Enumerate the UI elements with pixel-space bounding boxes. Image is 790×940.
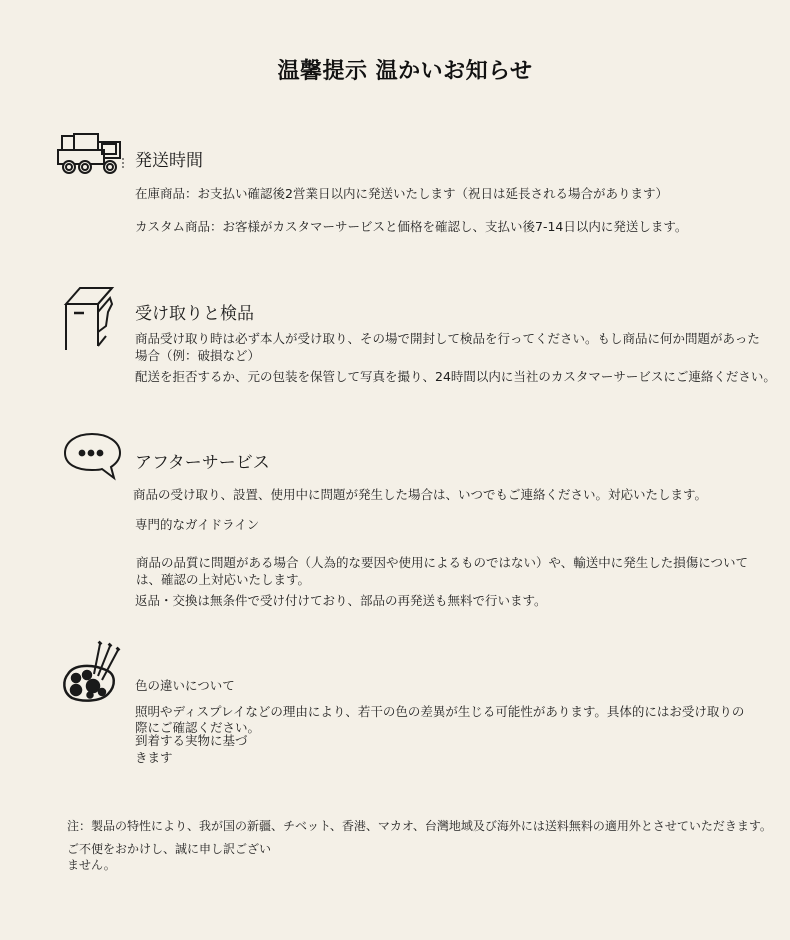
after-service-line-3: は、確認の上対応いたします。: [136, 571, 310, 588]
after-service-line-2: 商品の品質に問題がある場合（人為的な要因や使用によるものではない）や、輸送中に発…: [136, 554, 748, 571]
page-title: 温馨提示 温かいお知らせ: [0, 54, 790, 85]
open-box-icon: [62, 286, 118, 358]
palette-icon: [60, 640, 132, 710]
shipping-line-1: 在庫商品：お支払い確認後2営業日以内に発送いたします（祝日は延長される場合があり…: [135, 185, 668, 202]
section-heading-color-difference: 色の違いについて: [135, 676, 235, 694]
color-line-4: きます: [135, 749, 173, 766]
color-line-3: 到着する実物に基づ: [135, 732, 248, 749]
after-service-line-1: 商品の受け取り、設置、使用中に問題が発生した場合は、いつでもご連絡ください。対応…: [133, 486, 707, 503]
section-heading-receipt: 受け取りと検品: [135, 299, 254, 324]
color-line-1: 照明やディスプレイなどの理由により、若干の色の差異が生じる可能性があります。具体…: [135, 703, 744, 720]
after-service-subheading: 専門的なガイドライン: [135, 516, 259, 533]
note-line-1: 注：製品の特性により、我が国の新疆、チベット、香港、マカオ、台灣地域及び海外には…: [67, 818, 772, 835]
note-line-2: ご不便をおかけし、誠に申し訳ござい: [67, 841, 271, 858]
after-service-line-4: 返品・交換は無条件で受け付けており、部品の再発送も無料で行います。: [135, 592, 547, 609]
speech-bubble-icon: [62, 430, 126, 482]
truck-icon: [56, 132, 128, 176]
shipping-line-2: カスタム商品：お客様がカスタマーサービスと価格を確認し、支払い後7-14日以内に…: [135, 218, 687, 235]
receipt-line-3: 配送を拒否するか、元の包装を保管して写真を撮り、24時間以内に当社のカスタマーサ…: [135, 368, 776, 385]
note-line-3: ません。: [67, 857, 116, 874]
section-heading-after-service: アフターサービス: [135, 448, 270, 473]
receipt-line-1: 商品受け取り時は必ず本人が受け取り、その場で開封して検品を行ってください。もし商…: [135, 330, 760, 347]
receipt-line-2: 場合（例：破損など）: [135, 347, 260, 364]
section-heading-shipping: 発送時間: [135, 146, 203, 171]
